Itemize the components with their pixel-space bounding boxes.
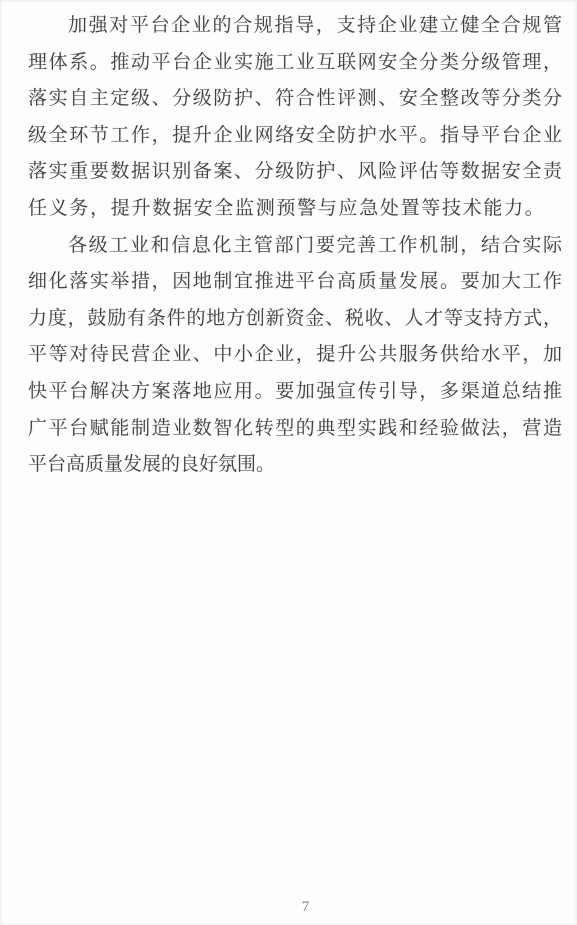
page-number: 7 (302, 899, 310, 915)
text-line: 落实自主定级、分级防护、符合性评测、安全整改等分类分 (28, 81, 562, 118)
text-line: 快平台解决方案落地应用。要加强宣传引导，多渠道总结推 (28, 374, 562, 411)
text-line: 力度，鼓励有条件的地方创新资金、税收、人才等支持方式， (28, 301, 562, 338)
text-line: 理体系。推动平台企业实施工业互联网安全分类分级管理， (28, 45, 562, 82)
text-line: 各级工业和信息化主管部门要完善工作机制，结合实际 (28, 228, 562, 265)
document-body: 加强对平台企业的合规指导，支持企业建立健全合规管 理体系。推动平台企业实施工业互… (28, 8, 562, 484)
paragraph-work-mechanism: 各级工业和信息化主管部门要完善工作机制，结合实际 细化落实举措，因地制宜推进平台… (28, 228, 562, 484)
text-line: 加强对平台企业的合规指导，支持企业建立健全合规管 (28, 8, 562, 45)
text-line: 平等对待民营企业、中小企业，提升公共服务供给水平，加 (28, 337, 562, 374)
text-line: 细化落实举措，因地制宜推进平台高质量发展。要加大工作 (28, 264, 562, 301)
document-page: { "page": { "background": "#fdfdfd", "te… (0, 0, 577, 925)
page-footer: 7 (17, 897, 577, 917)
text-line: 级全环节工作，提升企业网络安全防护水平。指导平台企业 (28, 118, 562, 155)
text-line: 广平台赋能制造业数智化转型的典型实践和经验做法，营造 (28, 411, 562, 448)
text-line: 任义务，提升数据安全监测预警与应急处置等技术能力。 (28, 191, 562, 228)
paragraph-compliance-security: 加强对平台企业的合规指导，支持企业建立健全合规管 理体系。推动平台企业实施工业互… (28, 8, 562, 228)
text-line: 平台高质量发展的良好氛围。 (28, 447, 562, 484)
text-line: 落实重要数据识别备案、分级防护、风险评估等数据安全责 (28, 154, 562, 191)
